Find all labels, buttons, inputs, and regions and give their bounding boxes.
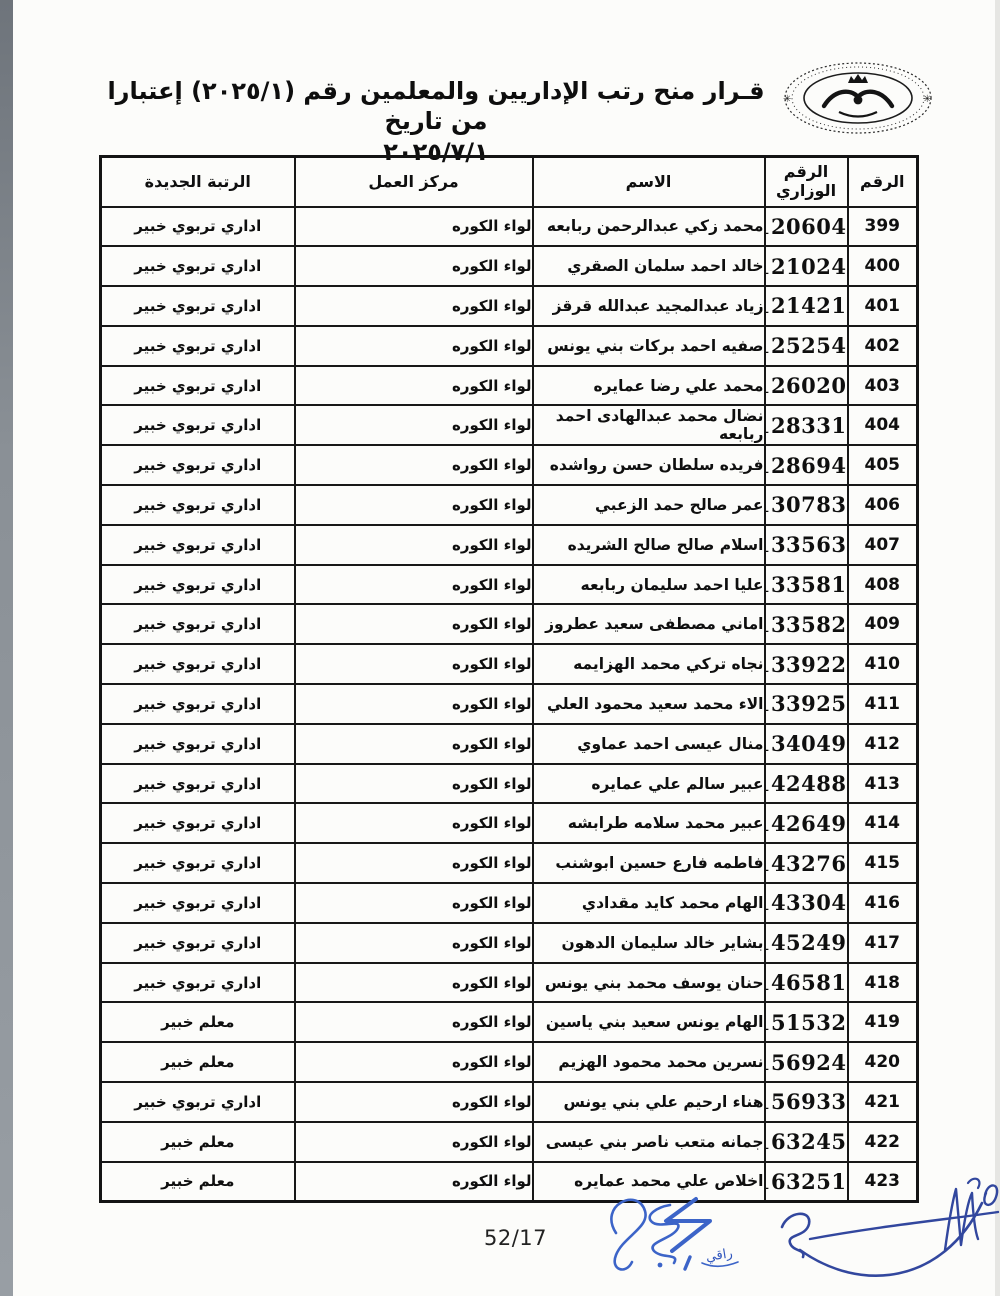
table-header-row: الرقم الرقم الوزاري الاسم مركز العمل الر… bbox=[101, 157, 918, 207]
table-row: 400 121024 خالد احمد سلمان الصقري لواء ا… bbox=[101, 246, 918, 286]
cell-name: الهام محمد كايد مقدادي bbox=[533, 883, 765, 923]
cell-new-rank: اداري تربوي خبير bbox=[101, 764, 295, 804]
cell-work-center: لواء الكوره bbox=[295, 525, 533, 565]
cell-name: منال عيسى احمد عماوي bbox=[533, 724, 765, 764]
ministry-seal-icon: ✳ ✳ bbox=[780, 60, 936, 136]
table-row: 401 121421 زياد عبدالمجيد عبدالله قرقز ل… bbox=[101, 286, 918, 326]
cell-new-rank: اداري تربوي خبير bbox=[101, 246, 295, 286]
cell-new-rank: اداري تربوي خبير bbox=[101, 326, 295, 366]
cell-work-center: لواء الكوره bbox=[295, 326, 533, 366]
signatures: راقي bbox=[520, 1173, 1000, 1296]
cell-name: عبير محمد سلامه طرابشه bbox=[533, 803, 765, 843]
cell-new-rank: اداري تربوي خبير bbox=[101, 684, 295, 724]
cell-no: 400 bbox=[848, 246, 918, 286]
cell-work-center: لواء الكوره bbox=[295, 923, 533, 963]
cell-work-center: لواء الكوره bbox=[295, 1042, 533, 1082]
cell-new-rank: اداري تربوي خبير bbox=[101, 525, 295, 565]
cell-name: عمر صالح حمد الزعبي bbox=[533, 485, 765, 525]
cell-work-center: لواء الكوره bbox=[295, 1082, 533, 1122]
table-row: 420 156924 نسرين محمد محمود الهزيم لواء … bbox=[101, 1042, 918, 1082]
cell-new-rank: معلم خبير bbox=[101, 1162, 295, 1202]
cell-work-center: لواء الكوره bbox=[295, 604, 533, 644]
cell-no: 421 bbox=[848, 1082, 918, 1122]
cell-ministry-no: 142488 bbox=[765, 764, 848, 804]
cell-no: 404 bbox=[848, 405, 918, 445]
cell-no: 401 bbox=[848, 286, 918, 326]
cell-work-center: لواء الكوره bbox=[295, 565, 533, 605]
cell-ministry-no: 130783 bbox=[765, 485, 848, 525]
cell-work-center: لواء الكوره bbox=[295, 1002, 533, 1042]
title-line-1: قـرار منح رتب الإداريين والمعلمين رقم (٢… bbox=[100, 76, 772, 136]
scanned-document-page: ✳ ✳ قـرار منح رتب الإداريين والمعلمين رق… bbox=[0, 0, 1000, 1296]
cell-name: فريده سلطان حسن رواشده bbox=[533, 445, 765, 485]
cell-ministry-no: 151532 bbox=[765, 1002, 848, 1042]
table-row: 408 133581 عليا احمد سليمان ربابعه لواء … bbox=[101, 565, 918, 605]
cell-new-rank: اداري تربوي خبير bbox=[101, 286, 295, 326]
cell-new-rank: اداري تربوي خبير bbox=[101, 485, 295, 525]
cell-no: 415 bbox=[848, 843, 918, 883]
svg-text:✳: ✳ bbox=[783, 94, 791, 105]
cell-ministry-no: 134049 bbox=[765, 724, 848, 764]
cell-no: 405 bbox=[848, 445, 918, 485]
cell-name: جمانه متعب ناصر بني عيسى bbox=[533, 1122, 765, 1162]
cell-name: اسلام صالح صالح الشريده bbox=[533, 525, 765, 565]
cell-name: هناء ارحيم علي بني يونس bbox=[533, 1082, 765, 1122]
cell-name: عليا احمد سليمان ربابعه bbox=[533, 565, 765, 605]
cell-ministry-no: 133581 bbox=[765, 565, 848, 605]
cell-work-center: لواء الكوره bbox=[295, 843, 533, 883]
cell-no: 407 bbox=[848, 525, 918, 565]
cell-name: الهام يونس سعيد بني ياسين bbox=[533, 1002, 765, 1042]
table-row: 418 146581 حنان يوسف محمد بني يونس لواء … bbox=[101, 963, 918, 1003]
cell-new-rank: معلم خبير bbox=[101, 1122, 295, 1162]
table-row: 417 145249 بشاير خالد سليمان الدهون لواء… bbox=[101, 923, 918, 963]
table-row: 414 142649 عبير محمد سلامه طرابشه لواء ا… bbox=[101, 803, 918, 843]
cell-no: 422 bbox=[848, 1122, 918, 1162]
cell-ministry-no: 128694 bbox=[765, 445, 848, 485]
cell-name: حنان يوسف محمد بني يونس bbox=[533, 963, 765, 1003]
cell-new-rank: معلم خبير bbox=[101, 1042, 295, 1082]
cell-work-center: لواء الكوره bbox=[295, 644, 533, 684]
cell-name: خالد احمد سلمان الصقري bbox=[533, 246, 765, 286]
cell-ministry-no: 133925 bbox=[765, 684, 848, 724]
cell-ministry-no: 133922 bbox=[765, 644, 848, 684]
table-row: 422 163245 جمانه متعب ناصر بني عيسى لواء… bbox=[101, 1122, 918, 1162]
cell-work-center: لواء الكوره bbox=[295, 684, 533, 724]
cell-name: اماني مصطفى سعيد عطروز bbox=[533, 604, 765, 644]
header-work-center: مركز العمل bbox=[295, 157, 533, 207]
cell-work-center: لواء الكوره bbox=[295, 724, 533, 764]
cell-ministry-no: 120604 bbox=[765, 207, 848, 247]
table-row: 410 133922 نجاه تركي محمد الهزايمه لواء … bbox=[101, 644, 918, 684]
cell-ministry-no: 146581 bbox=[765, 963, 848, 1003]
header-name: الاسم bbox=[533, 157, 765, 207]
cell-name: بشاير خالد سليمان الدهون bbox=[533, 923, 765, 963]
cell-ministry-no: 128331 bbox=[765, 405, 848, 445]
table-row: 404 128331 نضال محمد عبدالهادى احمد رباب… bbox=[101, 405, 918, 445]
table-row: 407 133563 اسلام صالح صالح الشريده لواء … bbox=[101, 525, 918, 565]
cell-new-rank: اداري تربوي خبير bbox=[101, 883, 295, 923]
signature-note: راقي bbox=[705, 1246, 734, 1265]
cell-work-center: لواء الكوره bbox=[295, 485, 533, 525]
cell-new-rank: اداري تربوي خبير bbox=[101, 803, 295, 843]
cell-new-rank: اداري تربوي خبير bbox=[101, 405, 295, 445]
cell-new-rank: معلم خبير bbox=[101, 1002, 295, 1042]
cell-no: 419 bbox=[848, 1002, 918, 1042]
cell-new-rank: اداري تربوي خبير bbox=[101, 644, 295, 684]
cell-no: 417 bbox=[848, 923, 918, 963]
cell-ministry-no: 145249 bbox=[765, 923, 848, 963]
table-row: 406 130783 عمر صالح حمد الزعبي لواء الكو… bbox=[101, 485, 918, 525]
cell-no: 412 bbox=[848, 724, 918, 764]
cell-work-center: لواء الكوره bbox=[295, 286, 533, 326]
cell-ministry-no: 143276 bbox=[765, 843, 848, 883]
cell-ministry-no: 126020 bbox=[765, 366, 848, 406]
cell-name: محمد علي رضا عمايره bbox=[533, 366, 765, 406]
cell-no: 414 bbox=[848, 803, 918, 843]
cell-no: 408 bbox=[848, 565, 918, 605]
cell-no: 406 bbox=[848, 485, 918, 525]
table-row: 419 151532 الهام يونس سعيد بني ياسين لوا… bbox=[101, 1002, 918, 1042]
cell-name: زياد عبدالمجيد عبدالله قرقز bbox=[533, 286, 765, 326]
cell-new-rank: اداري تربوي خبير bbox=[101, 1082, 295, 1122]
cell-work-center: لواء الكوره bbox=[295, 366, 533, 406]
cell-no: 399 bbox=[848, 207, 918, 247]
cell-work-center: لواء الكوره bbox=[295, 207, 533, 247]
table-row: 405 128694 فريده سلطان حسن رواشده لواء ا… bbox=[101, 445, 918, 485]
cell-name: نسرين محمد محمود الهزيم bbox=[533, 1042, 765, 1082]
svg-text:✳: ✳ bbox=[923, 94, 931, 105]
table-row: 415 143276 فاطمه فارع حسين ابوشنب لواء ا… bbox=[101, 843, 918, 883]
cell-work-center: لواء الكوره bbox=[295, 963, 533, 1003]
cell-work-center: لواء الكوره bbox=[295, 883, 533, 923]
header-ministry-no: الرقم الوزاري bbox=[765, 157, 848, 207]
cell-name: الاء محمد سعيد محمود العلي bbox=[533, 684, 765, 724]
table-row: 421 156933 هناء ارحيم علي بني يونس لواء … bbox=[101, 1082, 918, 1122]
table-row: 409 133582 اماني مصطفى سعيد عطروز لواء ا… bbox=[101, 604, 918, 644]
cell-ministry-no: 133563 bbox=[765, 525, 848, 565]
cell-work-center: لواء الكوره bbox=[295, 405, 533, 445]
cell-new-rank: اداري تربوي خبير bbox=[101, 207, 295, 247]
cell-name: محمد زكي عبدالرحمن ربابعه bbox=[533, 207, 765, 247]
table-row: 416 143304 الهام محمد كايد مقدادي لواء ا… bbox=[101, 883, 918, 923]
document-title: قـرار منح رتب الإداريين والمعلمين رقم (٢… bbox=[100, 76, 772, 167]
cell-name: نضال محمد عبدالهادى احمد ربابعه bbox=[533, 405, 765, 445]
header-new-rank: الرتبة الجديدة bbox=[101, 157, 295, 207]
cell-ministry-no: 163245 bbox=[765, 1122, 848, 1162]
cell-no: 418 bbox=[848, 963, 918, 1003]
cell-new-rank: اداري تربوي خبير bbox=[101, 963, 295, 1003]
cell-no: 409 bbox=[848, 604, 918, 644]
cell-work-center: لواء الكوره bbox=[295, 764, 533, 804]
cell-work-center: لواء الكوره bbox=[295, 445, 533, 485]
cell-no: 402 bbox=[848, 326, 918, 366]
cell-no: 416 bbox=[848, 883, 918, 923]
cell-work-center: لواء الكوره bbox=[295, 246, 533, 286]
ranks-table: الرقم الرقم الوزاري الاسم مركز العمل الر… bbox=[99, 155, 919, 1203]
cell-ministry-no: 121024 bbox=[765, 246, 848, 286]
cell-no: 420 bbox=[848, 1042, 918, 1082]
table-row: 412 134049 منال عيسى احمد عماوي لواء الك… bbox=[101, 724, 918, 764]
table-row: 403 126020 محمد علي رضا عمايره لواء الكو… bbox=[101, 366, 918, 406]
cell-new-rank: اداري تربوي خبير bbox=[101, 366, 295, 406]
cell-no: 410 bbox=[848, 644, 918, 684]
cell-ministry-no: 156933 bbox=[765, 1082, 848, 1122]
scan-edge-left bbox=[0, 0, 13, 1296]
cell-new-rank: اداري تربوي خبير bbox=[101, 724, 295, 764]
table-row: 411 133925 الاء محمد سعيد محمود العلي لو… bbox=[101, 684, 918, 724]
cell-new-rank: اداري تربوي خبير bbox=[101, 923, 295, 963]
cell-new-rank: اداري تربوي خبير bbox=[101, 843, 295, 883]
cell-ministry-no: 142649 bbox=[765, 803, 848, 843]
cell-no: 413 bbox=[848, 764, 918, 804]
cell-work-center: لواء الكوره bbox=[295, 1162, 533, 1202]
scan-edge-right bbox=[995, 0, 1000, 1296]
cell-no: 403 bbox=[848, 366, 918, 406]
cell-ministry-no: 125254 bbox=[765, 326, 848, 366]
cell-no: 411 bbox=[848, 684, 918, 724]
table-row: 402 125254 صفيه احمد بركات بني يونس لواء… bbox=[101, 326, 918, 366]
cell-work-center: لواء الكوره bbox=[295, 803, 533, 843]
cell-work-center: لواء الكوره bbox=[295, 1122, 533, 1162]
cell-name: عبير سالم علي عمايره bbox=[533, 764, 765, 804]
table-row: 413 142488 عبير سالم علي عمايره لواء الك… bbox=[101, 764, 918, 804]
cell-ministry-no: 143304 bbox=[765, 883, 848, 923]
cell-ministry-no: 121421 bbox=[765, 286, 848, 326]
header-no: الرقم bbox=[848, 157, 918, 207]
cell-new-rank: اداري تربوي خبير bbox=[101, 445, 295, 485]
cell-name: نجاه تركي محمد الهزايمه bbox=[533, 644, 765, 684]
cell-name: صفيه احمد بركات بني يونس bbox=[533, 326, 765, 366]
table-row: 399 120604 محمد زكي عبدالرحمن ربابعه لوا… bbox=[101, 207, 918, 247]
cell-name: فاطمه فارع حسين ابوشنب bbox=[533, 843, 765, 883]
cell-ministry-no: 156924 bbox=[765, 1042, 848, 1082]
cell-ministry-no: 133582 bbox=[765, 604, 848, 644]
cell-new-rank: اداري تربوي خبير bbox=[101, 604, 295, 644]
cell-new-rank: اداري تربوي خبير bbox=[101, 565, 295, 605]
